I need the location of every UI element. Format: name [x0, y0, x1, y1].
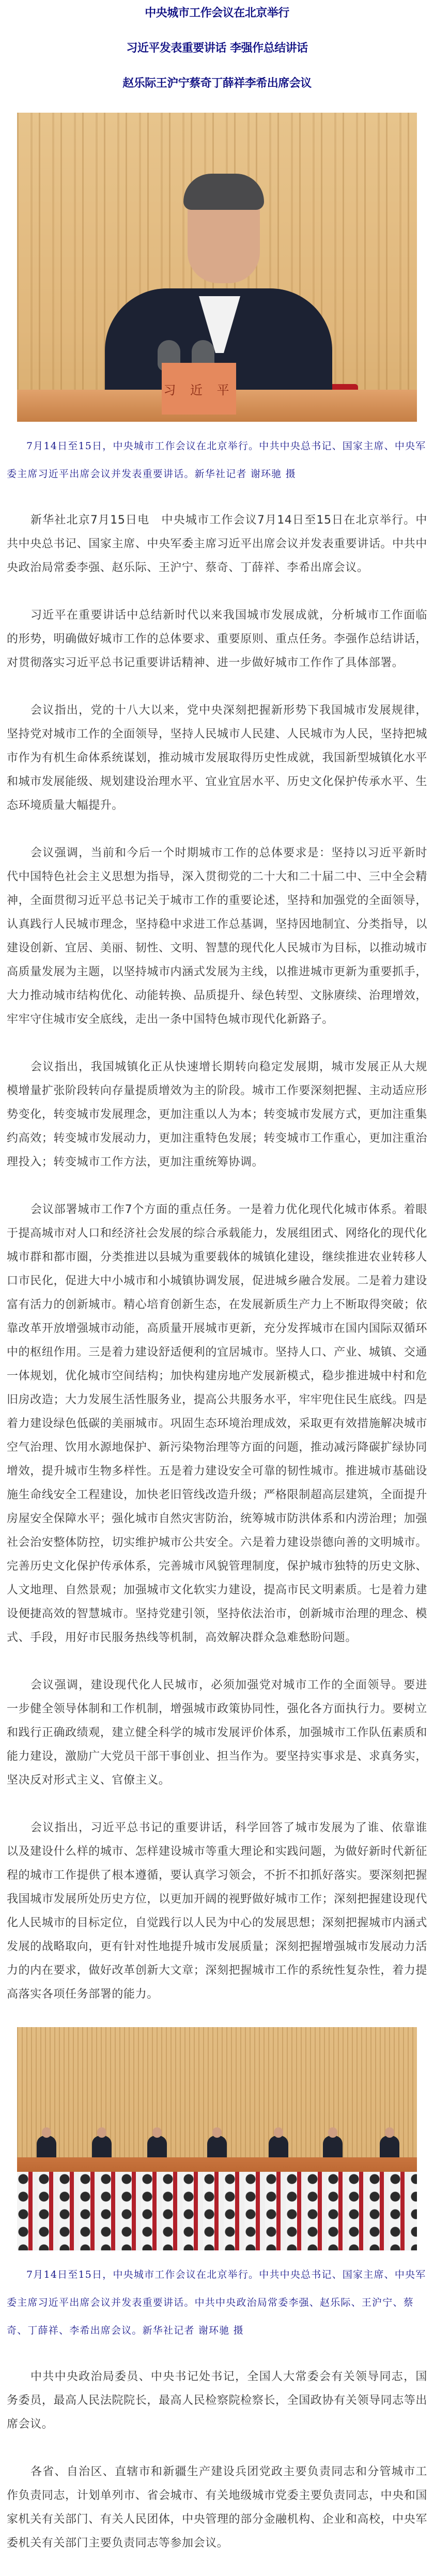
photo-caption-1: 7月14日至15日，中央城市工作会议在北京举行。中共中央总书记、国家主席、中央军… — [7, 432, 427, 488]
audience — [17, 2172, 417, 2250]
headline-sub-2: 赵乐际王沪宁蔡奇丁薛祥李希出席会议 — [7, 78, 427, 90]
photo-conference-hall — [17, 2027, 417, 2250]
paragraph: 会议指出，党的十八大以来，党中央深刻把握新形势下我国城市发展规律，坚持党对城市工… — [7, 699, 427, 818]
paragraph: 会议指出，我国城镇化正从快速增长期转向稳定发展期，城市发展正从大规模增量扩张阶段… — [7, 1055, 427, 1174]
paragraph: 各省、自治区、直辖市和新疆生产建设兵团党政主要负责同志和分管城市工作负责同志，计… — [7, 2460, 427, 2555]
photo-speaker: 习 近 平 — [17, 113, 417, 422]
leader-seated — [147, 2136, 167, 2158]
leader-seated — [269, 2136, 288, 2158]
paragraph: 习近平在重要讲话中总结新时代以来我国城市发展成就，分析城市工作面临的形势，明确做… — [7, 604, 427, 675]
paragraph: 中共中央政治局委员、中央书记处书记，全国人大常委会有关领导同志，国务委员，最高人… — [7, 2365, 427, 2436]
leader-seated — [323, 2136, 343, 2158]
leader-seated — [37, 2136, 56, 2158]
headline-sub-1: 习近平发表重要讲话 李强作总结讲话 — [7, 42, 427, 55]
bottom-spacer — [7, 2555, 427, 2576]
paragraph: 会议强调，当前和今后一个时期城市工作的总体要求是：坚持以习近平新时代中国特色社会… — [7, 841, 427, 1032]
leader-seated — [380, 2136, 399, 2158]
photo-caption-2: 7月14日至15日，中央城市工作会议在北京举行。中共中央总书记、国家主席、中央军… — [7, 2261, 427, 2344]
paragraph: 新华社北京7月15日电 中央城市工作会议7月14日至15日在北京举行。中共中央总… — [7, 509, 427, 580]
speaker-hair — [183, 174, 264, 210]
paragraph: 会议指出，习近平总书记的重要讲话，科学回答了城市发展为了谁、依靠谁以及建设什么样… — [7, 1816, 427, 2006]
paragraph: 会议强调，建设现代化人民城市，必须加强党对城市工作的全面领导。要进一步健全领导体… — [7, 1674, 427, 1792]
article-page: 中央城市工作会议在北京举行 习近平发表重要讲话 李强作总结讲话 赵乐际王沪宁蔡奇… — [0, 0, 434, 2576]
leader-seated — [207, 2136, 227, 2158]
leader-seated — [92, 2136, 112, 2158]
nameplate: 习 近 平 — [162, 363, 236, 415]
paragraph: 会议部署城市工作7个方面的重点任务。一是着力优化现代化城市体系。着眼于提高城市对… — [7, 1198, 427, 1650]
headline-main: 中央城市工作会议在北京举行 — [7, 0, 427, 20]
